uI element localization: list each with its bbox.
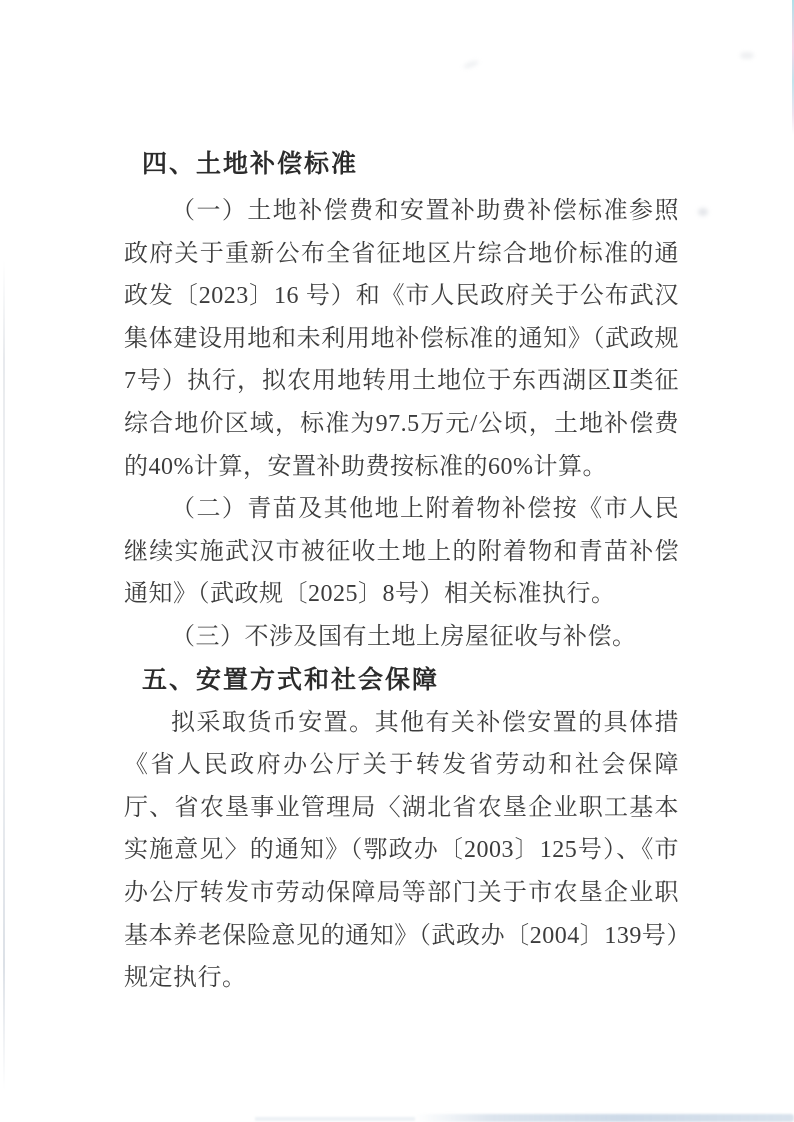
text-line: 政府关于重新公布全省征地区片综合地价标准的通知》（鄂 [124,233,679,276]
scan-artifact-smudge [698,208,708,216]
text-line: 集体建设用地和未利用地补偿标准的通知》（武政规〔2024〕 [124,318,679,361]
scan-artifact-smudge [463,59,480,69]
text-line: 基本养老保险意见的通知》（武政办〔2004〕139号）等文件 [124,915,679,958]
scan-artifact-smudge [740,52,754,59]
scan-artifact-left-edge-line [3,260,5,1090]
text-line: 办公厅转发市劳动保障局等部门关于市农垦企业职工施行 [124,872,679,915]
document-page: 四、土地补偿标准 （一）土地补偿费和安置补助费补偿标准参照《省人民 政府关于重新… [0,0,794,1122]
section-heading-land-compensation: 四、土地补偿标准 [124,143,679,186]
section-heading-resettlement: 五、安置方式和社会保障 [124,659,679,702]
scan-artifact-bottom-shadow [415,1114,794,1122]
text-line: 实施意见〉的通知》（鄂政办〔2003〕125号）、《市人民政府 [124,829,679,872]
text-line: 政发〔2023〕16 号）和《市人民政府关于公布武汉市征收 [124,275,679,318]
text-line: 综合地价区域，标准为97.5万元/公顷，土地补偿费按标准 [124,403,679,446]
scan-artifact-bottom-shadow-faint [255,1117,415,1121]
text-line: 7号）执行，拟农用地转用土地位于东西湖区Ⅱ类征地区片 [124,360,679,403]
text-line: 继续实施武汉市被征收土地上的附着物和青苗补偿标准的 [124,531,679,574]
text-line: 拟采取货币安置。其他有关补偿安置的具体措施按照 [124,702,679,745]
text-line: 的40%计算，安置补助费按标准的60%计算。 [124,446,679,489]
text-line: （三）不涉及国有土地上房屋征收与补偿。 [124,616,679,659]
text-line: （一）土地补偿费和安置补助费补偿标准参照《省人民 [124,190,679,233]
text-line: 厅、省农垦事业管理局〈湖北省农垦企业职工基本养老保险 [124,787,679,830]
paragraph-resettlement-method: 拟采取货币安置。其他有关补偿安置的具体措施按照 《省人民政府办公厅关于转发省劳动… [124,702,679,1000]
paragraph-state-owned-land: （三）不涉及国有土地上房屋征收与补偿。 [124,616,679,659]
paragraph-land-compensation-fee: （一）土地补偿费和安置补助费补偿标准参照《省人民 政府关于重新公布全省征地区片综… [124,190,679,488]
text-line: 《省人民政府办公厅关于转发省劳动和社会保障厅、省财政 [124,744,679,787]
document-content: 四、土地补偿标准 （一）土地补偿费和安置补助费补偿标准参照《省人民 政府关于重新… [124,143,679,1000]
text-line: （二）青苗及其他地上附着物补偿按《市人民政府关于 [124,488,679,531]
text-line: 通知》（武政规〔2025〕8号）相关标准执行。 [124,573,679,616]
text-line: 规定执行。 [124,957,679,1000]
paragraph-green-crop-compensation: （二）青苗及其他地上附着物补偿按《市人民政府关于 继续实施武汉市被征收土地上的附… [124,488,679,616]
